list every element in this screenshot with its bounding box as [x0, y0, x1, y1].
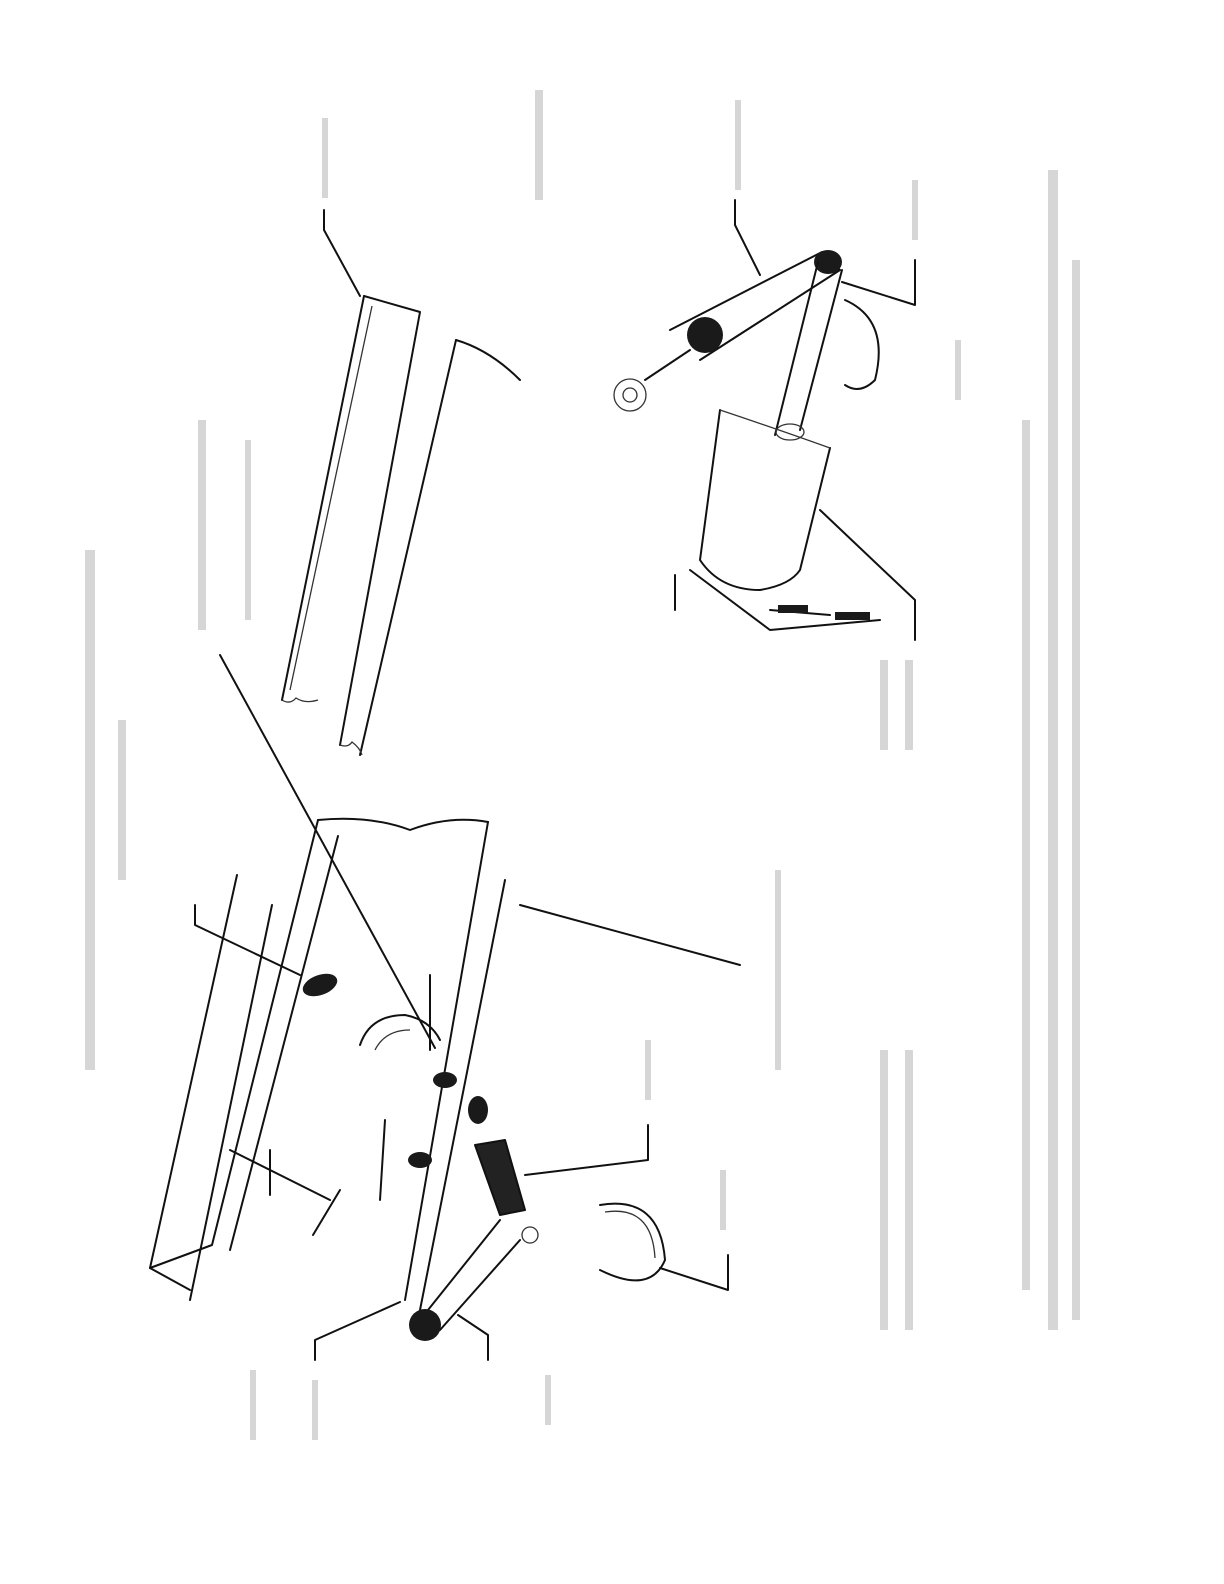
knob-icon — [409, 1309, 441, 1341]
handle-leader — [660, 1255, 728, 1290]
lower-knob-leader — [315, 1302, 400, 1360]
cylinder-lower-leader — [525, 1125, 648, 1175]
frame-leader — [520, 905, 740, 965]
spring-icon — [433, 1072, 457, 1088]
technical-diagram — [0, 0, 1224, 1584]
knob-icon — [687, 317, 723, 353]
spring-icon — [300, 969, 341, 1000]
pin-leader — [313, 1190, 340, 1235]
spring-leader — [195, 905, 300, 975]
pivot-arm-upper — [614, 250, 879, 440]
knob-leader — [842, 260, 915, 305]
lower-frame — [150, 819, 505, 1310]
cylinder-housing — [675, 410, 880, 630]
lower-arm-leader — [458, 1315, 488, 1360]
upper-rail — [282, 296, 520, 755]
mechanism — [230, 969, 665, 1341]
arm-leader — [735, 200, 760, 275]
upper-rail-leader — [324, 210, 360, 296]
diagram-drawing — [0, 0, 1224, 1584]
spring-icon — [408, 1152, 432, 1168]
